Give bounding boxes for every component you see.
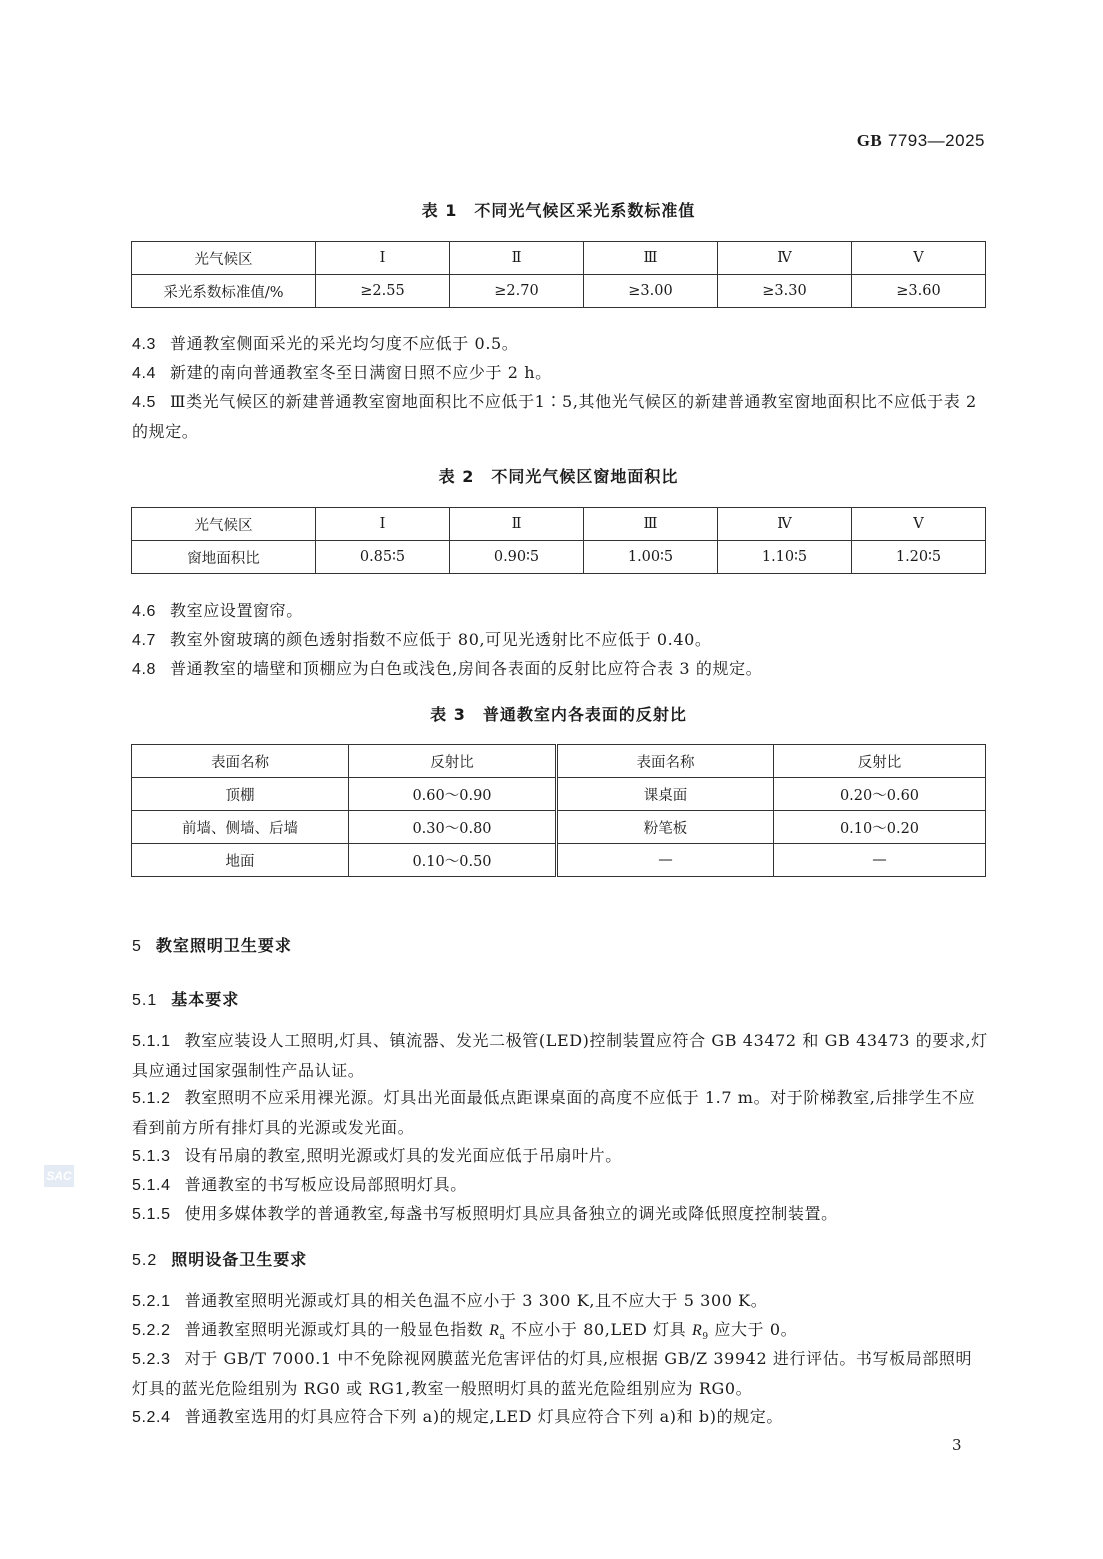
table3-caption: 表 3 普通教室内各表面的反射比	[0, 702, 1103, 725]
table1-caption: 表 1 不同光气候区采光系数标准值	[0, 198, 1103, 221]
section-5-1-heading: 5.1基本要求	[132, 987, 239, 1010]
table1: 光气候区 Ⅰ Ⅱ Ⅲ Ⅳ Ⅴ 采光系数标准值/% ≥2.55 ≥2.70 ≥3.…	[131, 241, 986, 308]
table-cell: 0.20～0.60	[774, 778, 986, 811]
clause-4-5: 4.5Ⅲ类光气候区的新建普通教室窗地面积比不应低于1∶5,其他光气候区的新建普通…	[132, 387, 988, 446]
clause-text: 普通教室照明光源或灯具的一般显色指数	[185, 1320, 490, 1339]
section-title: 基本要求	[171, 990, 239, 1009]
clause-5-1-3: 5.1.3设有吊扇的教室,照明光源或灯具的发光面应低于吊扇叶片。	[132, 1141, 988, 1171]
clause-number: 5.2.4	[132, 1409, 171, 1426]
clause-number: 5.1.1	[132, 1033, 171, 1050]
clause-number: 5.1.4	[132, 1177, 171, 1194]
clause-number: 4.7	[132, 632, 156, 649]
table-row: 前墙、侧墙、后墙 0.30～0.80 粉笔板 0.10～0.20	[132, 811, 986, 844]
clause-number: 4.5	[132, 394, 156, 411]
section-5-2-heading: 5.2照明设备卫生要求	[132, 1247, 307, 1270]
table-row: 顶棚 0.60～0.90 课桌面 0.20～0.60	[132, 778, 986, 811]
clause-text: 教室照明不应采用裸光源。灯具出光面最低点距课桌面的高度不应低于 1.7 m。对于…	[132, 1088, 975, 1137]
table-row: 窗地面积比 0.85∶5 0.90∶5 1.00∶5 1.10∶5 1.20∶5	[132, 541, 986, 574]
table-cell: 课桌面	[557, 778, 774, 811]
clause-number: 5.1.5	[132, 1206, 171, 1223]
table2: 光气候区 Ⅰ Ⅱ Ⅲ Ⅳ Ⅴ 窗地面积比 0.85∶5 0.90∶5 1.00∶…	[131, 507, 986, 574]
clause-text: 普通教室选用的灯具应符合下列 a)的规定,LED 灯具应符合下列 a)和 b)的…	[185, 1407, 783, 1426]
table-cell: Ⅰ	[316, 242, 450, 275]
section-number: 5	[132, 938, 142, 955]
table-cell: Ⅲ	[584, 508, 718, 541]
clause-text: Ⅲ类光气候区的新建普通教室窗地面积比不应低于1∶5,其他光气候区的新建普通教室窗…	[132, 392, 977, 441]
table-cell: 光气候区	[132, 508, 316, 541]
table3-header-row: 表面名称 反射比 表面名称 反射比	[132, 745, 986, 778]
section-number: 5.2	[132, 1252, 157, 1269]
clause-4-3: 4.3普通教室侧面采光的采光均匀度不应低于 0.5。	[132, 329, 988, 359]
table-cell: 窗地面积比	[132, 541, 316, 574]
section-title: 照明设备卫生要求	[171, 1250, 307, 1269]
table-cell: Ⅳ	[718, 508, 852, 541]
table-row: 采光系数标准值/% ≥2.55 ≥2.70 ≥3.00 ≥3.30 ≥3.60	[132, 275, 986, 308]
table-cell: 0.90∶5	[450, 541, 584, 574]
table-cell: 粉笔板	[557, 811, 774, 844]
table-cell: 反射比	[774, 745, 986, 778]
standard-prefix: GB	[857, 131, 883, 150]
table-cell: Ⅳ	[718, 242, 852, 275]
table-cell: 0.60～0.90	[349, 778, 557, 811]
table-cell: 1.20∶5	[852, 541, 986, 574]
table-cell: 0.30～0.80	[349, 811, 557, 844]
clause-5-1-5: 5.1.5使用多媒体教学的普通教室,每盏书写板照明灯具应具备独立的调光或降低照度…	[132, 1199, 988, 1229]
page-number: 3	[952, 1436, 962, 1454]
table2-header-row: 光气候区 Ⅰ Ⅱ Ⅲ Ⅳ Ⅴ	[132, 508, 986, 541]
table-cell: ≥2.70	[450, 275, 584, 308]
clause-text: 普通教室照明光源或灯具的相关色温不应小于 3 300 K,且不应大于 5 300…	[185, 1291, 768, 1310]
clause-4-6: 4.6教室应设置窗帘。	[132, 596, 988, 626]
table-cell: ≥3.30	[718, 275, 852, 308]
table-cell: 1.00∶5	[584, 541, 718, 574]
clause-text: 普通教室侧面采光的采光均匀度不应低于 0.5。	[170, 334, 518, 353]
clause-number: 5.1.3	[132, 1148, 171, 1165]
clause-number: 4.4	[132, 365, 156, 382]
table-cell: Ⅱ	[450, 242, 584, 275]
clause-text: 普通教室的墙壁和顶棚应为白色或浅色,房间各表面的反射比应符合表 3 的规定。	[170, 659, 762, 678]
clause-text: 教室应装设人工照明,灯具、镇流器、发光二极管(LED)控制装置应符合 GB 43…	[132, 1031, 988, 1080]
table-cell: 地面	[132, 844, 349, 877]
clause-number: 5.2.3	[132, 1351, 171, 1368]
clause-text: 教室外窗玻璃的颜色透射指数不应低于 80,可见光透射比不应低于 0.40。	[170, 630, 711, 649]
clause-number: 5.2.2	[132, 1322, 171, 1339]
table-cell: —	[774, 844, 986, 877]
table-cell: ≥2.55	[316, 275, 450, 308]
table-cell: 前墙、侧墙、后墙	[132, 811, 349, 844]
section-title: 教室照明卫生要求	[156, 936, 292, 955]
standard-number: 7793—2025	[888, 131, 985, 150]
variable-r: R	[489, 1322, 499, 1339]
clause-4-7: 4.7教室外窗玻璃的颜色透射指数不应低于 80,可见光透射比不应低于 0.40。	[132, 625, 988, 655]
table3: 表面名称 反射比 表面名称 反射比 顶棚 0.60～0.90 课桌面 0.20～…	[131, 744, 986, 877]
clause-5-1-4: 5.1.4普通教室的书写板应设局部照明灯具。	[132, 1170, 988, 1200]
clause-5-2-1: 5.2.1普通教室照明光源或灯具的相关色温不应小于 3 300 K,且不应大于 …	[132, 1286, 988, 1316]
table1-header-row: 光气候区 Ⅰ Ⅱ Ⅲ Ⅳ Ⅴ	[132, 242, 986, 275]
clause-number: 4.6	[132, 603, 156, 620]
clause-number: 4.8	[132, 661, 156, 678]
clause-5-1-2: 5.1.2教室照明不应采用裸光源。灯具出光面最低点距课桌面的高度不应低于 1.7…	[132, 1083, 988, 1142]
clause-number: 5.2.1	[132, 1293, 171, 1310]
table-cell: —	[557, 844, 774, 877]
table-cell: 1.10∶5	[718, 541, 852, 574]
table-cell: Ⅴ	[852, 508, 986, 541]
section-number: 5.1	[132, 992, 157, 1009]
clause-text: 不应小于 80,LED 灯具	[505, 1320, 692, 1339]
clause-5-2-3: 5.2.3对于 GB/T 7000.1 中不免除视网膜蓝光危害评估的灯具,应根据…	[132, 1344, 988, 1403]
clause-4-8: 4.8普通教室的墙壁和顶棚应为白色或浅色,房间各表面的反射比应符合表 3 的规定…	[132, 654, 988, 684]
table2-caption: 表 2 不同光气候区窗地面积比	[0, 464, 1103, 487]
clause-number: 4.3	[132, 336, 156, 353]
table-cell: 0.85∶5	[316, 541, 450, 574]
clause-5-2-4: 5.2.4普通教室选用的灯具应符合下列 a)的规定,LED 灯具应符合下列 a)…	[132, 1402, 988, 1432]
clause-text: 对于 GB/T 7000.1 中不免除视网膜蓝光危害评估的灯具,应根据 GB/Z…	[132, 1349, 972, 1398]
clause-text: 应大于 0。	[709, 1320, 798, 1339]
table-cell: 顶棚	[132, 778, 349, 811]
sac-watermark-logo: SAC	[44, 1165, 74, 1187]
table-cell: Ⅱ	[450, 508, 584, 541]
table-cell: 反射比	[349, 745, 557, 778]
clause-number: 5.1.2	[132, 1090, 171, 1107]
table-cell: ≥3.00	[584, 275, 718, 308]
clause-text: 设有吊扇的教室,照明光源或灯具的发光面应低于吊扇叶片。	[185, 1146, 622, 1165]
table-cell: 表面名称	[557, 745, 774, 778]
clause-text: 新建的南向普通教室冬至日满窗日照不应少于 2 h。	[170, 363, 552, 382]
clause-text: 使用多媒体教学的普通教室,每盏书写板照明灯具应具备独立的调光或降低照度控制装置。	[185, 1204, 838, 1223]
table-row: 地面 0.10～0.50 — —	[132, 844, 986, 877]
table-cell: Ⅴ	[852, 242, 986, 275]
clause-text: 教室应设置窗帘。	[170, 601, 303, 620]
table-cell: 表面名称	[132, 745, 349, 778]
clause-5-1-1: 5.1.1教室应装设人工照明,灯具、镇流器、发光二极管(LED)控制装置应符合 …	[132, 1026, 988, 1085]
section-5-heading: 5教室照明卫生要求	[132, 933, 292, 956]
table-cell: 0.10～0.20	[774, 811, 986, 844]
table-cell: 采光系数标准值/%	[132, 275, 316, 308]
variable-r: R	[692, 1322, 702, 1339]
table-cell: Ⅰ	[316, 508, 450, 541]
clause-4-4: 4.4新建的南向普通教室冬至日满窗日照不应少于 2 h。	[132, 358, 988, 388]
clause-text: 普通教室的书写板应设局部照明灯具。	[185, 1175, 467, 1194]
table-cell: ≥3.60	[852, 275, 986, 308]
table-cell: 0.10～0.50	[349, 844, 557, 877]
table-cell: Ⅲ	[584, 242, 718, 275]
table-cell: 光气候区	[132, 242, 316, 275]
document-header: GB 7793—2025	[857, 131, 985, 151]
